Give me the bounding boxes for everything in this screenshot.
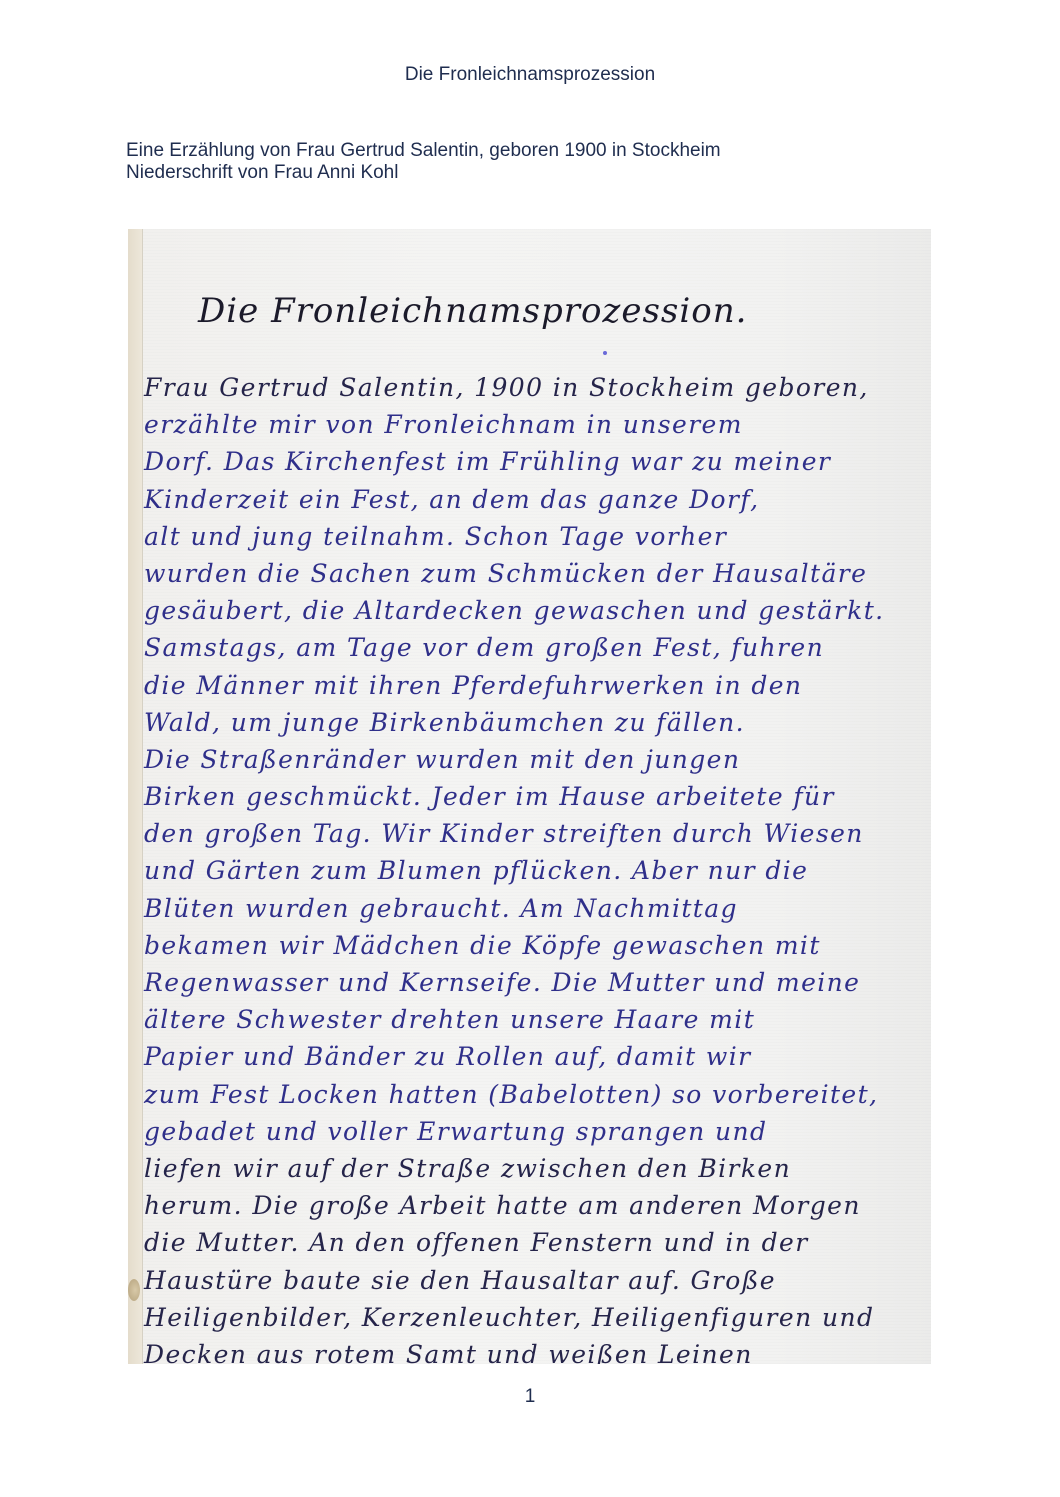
manuscript-line: ältere Schwester drehten unsere Haare mi… [144,1001,924,1038]
manuscript-line: den großen Tag. Wir Kinder streiften dur… [144,815,924,852]
manuscript-line: die Mutter. An den offenen Fenstern und … [144,1224,924,1261]
manuscript-line: liefen wir auf der Straße zwischen den B… [144,1150,924,1187]
page-title: Die Fronleichnamsprozession [0,64,1060,86]
manuscript-line: zum Fest Locken hatten (Babelotten) so v… [144,1076,924,1113]
manuscript-line: gebadet und voller Erwartung sprangen un… [144,1113,924,1150]
ink-dot [603,351,607,355]
manuscript-line: bekamen wir Mädchen die Köpfe gewaschen … [144,927,924,964]
manuscript-line: herum. Die große Arbeit hatte am anderen… [144,1187,924,1224]
manuscript-text: Frau Gertrud Salentin, 1900 in Stockheim… [144,369,924,1364]
manuscript-line: die Männer mit ihren Pferdefuhrwerken in… [144,667,924,704]
manuscript-line: Die Straßenränder wurden mit den jungen [144,741,924,778]
manuscript-line: Birken geschmückt. Jeder im Hause arbeit… [144,778,924,815]
manuscript-title: Die Fronleichnamsprozession. [198,291,747,331]
manuscript-photo: Die Fronleichnamsprozession. Frau Gertru… [128,229,931,1364]
manuscript-line: Heiligenbilder, Kerzenleuchter, Heiligen… [144,1299,924,1336]
subtitle-narrator: Eine Erzählung von Frau Gertrud Salentin… [126,140,721,162]
manuscript-line: und Gärten zum Blumen pflücken. Aber nur… [144,852,924,889]
manuscript-line: alt und jung teilnahm. Schon Tage vorher [144,518,924,555]
manuscript-line: Frau Gertrud Salentin, 1900 in Stockheim… [144,369,924,406]
paper-margin [128,229,143,1364]
manuscript-line: wurden die Sachen zum Schmücken der Haus… [144,555,924,592]
punch-hole-icon [128,1279,140,1301]
manuscript-line: gesäubert, die Altardecken gewaschen und… [144,592,924,629]
manuscript-line: Haustüre baute sie den Hausaltar auf. Gr… [144,1262,924,1299]
manuscript-line: Dorf. Das Kirchenfest im Frühling war zu… [144,443,924,480]
manuscript-line: Samstags, am Tage vor dem großen Fest, f… [144,629,924,666]
page-number: 1 [0,1386,1060,1408]
subtitle-transcriber: Niederschrift von Frau Anni Kohl [126,162,398,184]
manuscript-line: Regenwasser und Kernseife. Die Mutter un… [144,964,924,1001]
manuscript-line: Kinderzeit ein Fest, an dem das ganze Do… [144,481,924,518]
manuscript-line: Blüten wurden gebraucht. Am Nachmittag [144,890,924,927]
manuscript-line: erzählte mir von Fronleichnam in unserem [144,406,924,443]
manuscript-line: Wald, um junge Birkenbäumchen zu fällen. [144,704,924,741]
manuscript-line: Papier und Bänder zu Rollen auf, damit w… [144,1038,924,1075]
manuscript-line: Decken aus rotem Samt und weißen Leinen [144,1336,924,1364]
